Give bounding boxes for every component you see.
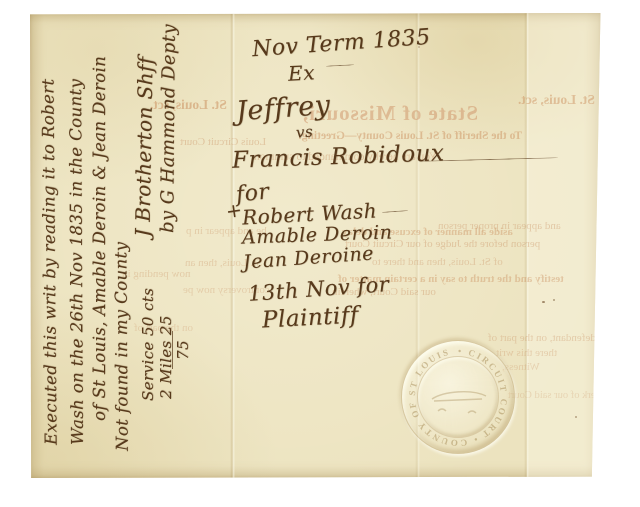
seal-emblem — [432, 392, 486, 413]
scan-background: St. Louis, sct. State of Missouri, St. L… — [0, 0, 640, 507]
return-line-3: of St Louis, Amable Deroin & Jean Deroin — [92, 56, 109, 421]
return-line-1: Executed this writ by reading it to Robe… — [40, 78, 60, 445]
sheriff-return-block: Executed this writ by reading it to Robe… — [40, 25, 200, 465]
docket-term: Nov Term 1835 — [251, 27, 431, 61]
return-line-4: Not found in my County — [113, 242, 131, 451]
party-note: Plaintiff — [261, 304, 359, 332]
seal-artwork: • CIRCUIT COURT • COUNTY OF ST LOUIS — [402, 341, 514, 453]
defendant-name: Francis Robidoux — [232, 142, 445, 172]
ink-speck — [418, 46, 420, 48]
ink-speck — [542, 301, 545, 303]
deputy-signature: by G Hammond Depty — [159, 24, 179, 233]
embossed-seal: • CIRCUIT COURT • COUNTY OF ST LOUIS — [401, 340, 515, 454]
seal-ring-text: • CIRCUIT COURT • COUNTY OF ST LOUIS — [407, 346, 509, 448]
fee-total: 75 — [172, 331, 192, 369]
sheriff-signature: J Brotherton Shff — [132, 56, 155, 237]
showthrough-header-right: St. Louis, sct. — [518, 93, 595, 107]
ink-flourish — [326, 64, 354, 66]
ink-speck — [553, 299, 555, 301]
svg-text:• CIRCUIT COURT • COUNTY OF ST: • CIRCUIT COURT • COUNTY OF ST LOUIS — [407, 346, 509, 448]
fold-crease — [230, 13, 235, 478]
showthrough-louis-then-frag: of St. Louis, then and there to — [372, 257, 503, 268]
plaintiff-name: Jeffrey — [235, 92, 331, 126]
ink-flourish — [382, 210, 408, 213]
return-line-2: Wash on the 26th Nov 1835 in the County — [68, 79, 86, 445]
subpoena-date-note: 13th Nov for — [247, 274, 389, 305]
fee-service: Service 50 cts — [141, 288, 156, 401]
document-page: St. Louis, sct. State of Missouri, St. L… — [30, 13, 601, 478]
showthrough-clerk-frag: Clerk of our said Court — [508, 391, 605, 402]
vs-label: vs — [295, 124, 313, 140]
witness-jean-deroine: Jean Deroine — [242, 244, 374, 272]
docket-mark: Ex — [287, 62, 315, 83]
ink-speck — [575, 416, 577, 418]
